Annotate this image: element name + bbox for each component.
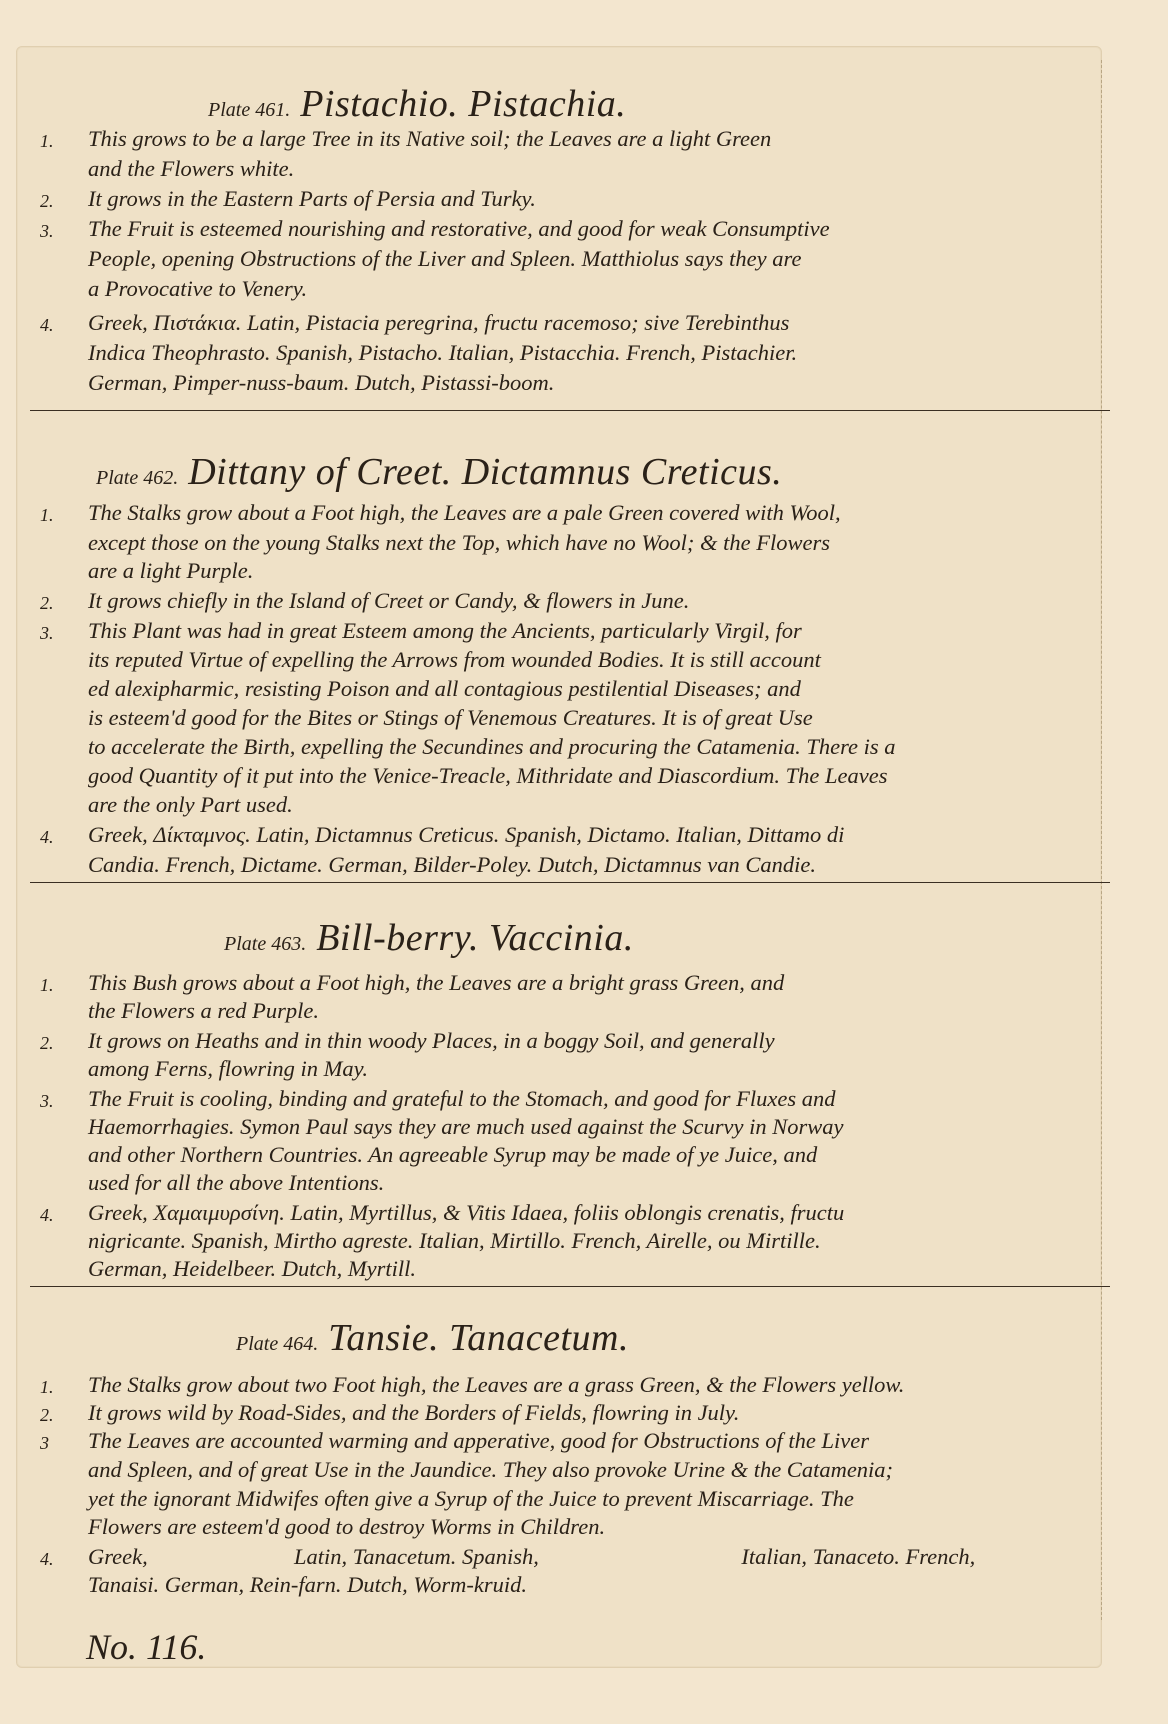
- plate-label: Plate 461.: [208, 99, 290, 121]
- plate-462-heading: Plate 462. Dittany of Creet. Dictamnus C…: [96, 450, 782, 494]
- item-number: 3.: [40, 618, 54, 648]
- text-line: Greek, Χαμαιμυρσίνη. Latin, Myrtillus, &…: [88, 1198, 844, 1228]
- item-number: 1.: [40, 1372, 54, 1402]
- text-line: Greek, Δίκταμνος. Latin, Dictamnus Creti…: [88, 820, 844, 850]
- text-line: It grows in the Eastern Parts of Persia …: [88, 184, 536, 214]
- item-number: 1.: [40, 126, 54, 156]
- text-line: yet the ignorant Midwifes often give a S…: [88, 1484, 854, 1514]
- text-line: ed alexipharmic, resisting Poison and al…: [88, 674, 801, 704]
- text-line: It grows wild by Road-Sides, and the Bor…: [88, 1398, 739, 1428]
- text-line: This grows to be a large Tree in its Nat…: [88, 124, 771, 154]
- plate-title: Bill-berry. Vaccinia.: [316, 917, 634, 959]
- page-number: No. 116.: [86, 1626, 206, 1668]
- section-divider: [30, 882, 1110, 883]
- section-divider: [30, 410, 1110, 411]
- text-line: The Fruit is esteemed nourishing and res…: [88, 214, 830, 244]
- text-line: It grows on Heaths and in thin woody Pla…: [88, 1026, 775, 1056]
- plate-464-heading: Plate 464. Tansie. Tanacetum.: [236, 1316, 629, 1360]
- item-number: 4.: [40, 1544, 54, 1574]
- plate-label: Plate 462.: [96, 467, 178, 489]
- plate-463-heading: Plate 463. Bill-berry. Vaccinia.: [224, 916, 634, 960]
- text-line: German, Heidelbeer. Dutch, Myrtill.: [88, 1254, 416, 1284]
- text-line: nigricante. Spanish, Mirtho agreste. Ita…: [88, 1226, 821, 1256]
- text-line: among Ferns, flowring in May.: [88, 1054, 368, 1084]
- item-number: 4.: [40, 310, 54, 340]
- plate-title: Dittany of Creet. Dictamnus Creticus.: [188, 451, 782, 493]
- plate-461-heading: Plate 461. Pistachio. Pistachia.: [208, 82, 626, 126]
- text-line: are the only Part used.: [88, 790, 293, 820]
- item-number: 1.: [40, 970, 54, 1000]
- text-line: This Bush grows about a Foot high, the L…: [88, 968, 784, 998]
- item-number: 2.: [40, 588, 54, 618]
- text-line: and Spleen, and of great Use in the Jaun…: [88, 1455, 893, 1485]
- text-line: People, opening Obstructions of the Live…: [88, 244, 801, 274]
- text-line: This Plant was had in great Esteem among…: [88, 616, 802, 646]
- item-number: 3.: [40, 1086, 54, 1116]
- text-line: Greek, Πιστάκια. Latin, Pistacia peregri…: [88, 308, 789, 338]
- text-line: The Stalks grow about two Foot high, the…: [88, 1370, 904, 1400]
- text-line: Candia. French, Dictame. German, Bilder-…: [88, 850, 816, 880]
- text-line: except those on the young Stalks next th…: [88, 528, 830, 558]
- item-number: 4.: [40, 822, 54, 852]
- item-number: 3.: [40, 216, 54, 246]
- plate-title: Tansie. Tanacetum.: [328, 1317, 629, 1359]
- text-line: good Quantity of it put into the Venice-…: [88, 761, 887, 791]
- text-line: to accelerate the Birth, expelling the S…: [88, 732, 896, 762]
- text-line: and the Flowers white.: [88, 154, 294, 184]
- item-number: 2.: [40, 186, 54, 216]
- text-line: Flowers are esteem'd good to destroy Wor…: [88, 1512, 605, 1542]
- text-line: German, Pimper-nuss-baum. Dutch, Pistass…: [88, 368, 554, 398]
- text-line: are a light Purple.: [88, 556, 253, 586]
- plate-title: Pistachio. Pistachia.: [300, 83, 626, 125]
- text-line: is esteem'd good for the Bites or Stings…: [88, 703, 813, 733]
- plate-label: Plate 464.: [236, 1333, 318, 1355]
- text-line: The Stalks grow about a Foot high, the L…: [88, 498, 841, 528]
- text-line: Indica Theophrasto. Spanish, Pistacho. I…: [88, 338, 797, 368]
- section-divider: [30, 1286, 1110, 1287]
- text-line: Tanaisi. German, Rein-farn. Dutch, Worm-…: [88, 1570, 527, 1600]
- item-number: 4.: [40, 1200, 54, 1230]
- plate-label: Plate 463.: [224, 933, 306, 955]
- item-number: 2.: [40, 1028, 54, 1058]
- plate-edge-line: [1101, 60, 1103, 1620]
- item-number: 2.: [40, 1400, 54, 1430]
- text-line: a Provocative to Venery.: [88, 274, 307, 304]
- text-line: its reputed Virtue of expelling the Arro…: [88, 645, 821, 675]
- text-line: The Fruit is cooling, binding and gratef…: [88, 1084, 835, 1114]
- text-line: Haemorrhagies. Symon Paul says they are …: [88, 1112, 844, 1142]
- text-line: used for all the above Intentions.: [88, 1168, 384, 1198]
- text-line: and other Northern Countries. An agreeab…: [88, 1140, 817, 1170]
- text-line: Greek, Latin, Tanacetum. Spanish, Italia…: [88, 1542, 975, 1572]
- text-line: the Flowers a red Purple.: [88, 996, 319, 1026]
- item-number: 1.: [40, 500, 54, 530]
- text-line: It grows chiefly in the Island of Creet …: [88, 586, 689, 616]
- item-number: 3: [40, 1428, 49, 1458]
- text-line: The Leaves are accounted warming and app…: [88, 1426, 869, 1456]
